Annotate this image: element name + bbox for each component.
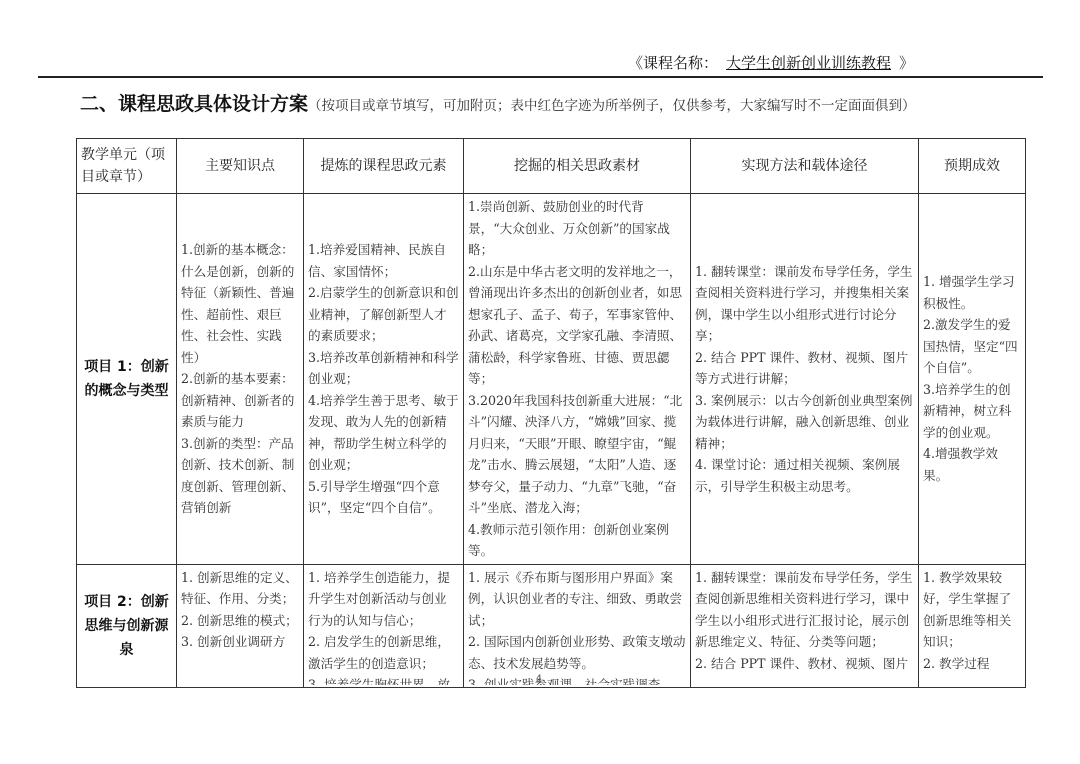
outcomes-item: 3.培养学生的创新精神，树立科学的创业观。 — [923, 379, 1021, 444]
elements-item: 2.启蒙学生的创新意识和创业精神，了解创新型人才的素质要求； — [308, 282, 459, 347]
elements-item: 3.培养改革创新精神和科学创业观； — [308, 347, 459, 390]
section-heading: 二、课程思政具体设计方案（按项目或章节填写，可加附页；表中红色字迹为所举例子，仅… — [80, 89, 916, 116]
elements-cell: 1.培养爱国精神、民族自信、家国情怀；2.启蒙学生的创新意识和创业精神，了解创新… — [304, 194, 464, 565]
design-plan-table: 教学单元（项目或章节） 主要知识点 提炼的课程思政元素 挖掘的相关思政素材 实现… — [76, 138, 1026, 688]
knowledge-item: 1.创新的基本概念：什么是创新，创新的特征（新颖性、普遍性、超前性、艰巨性、社会… — [181, 239, 299, 368]
materials-item: 1.崇尚创新、鼓励创业的时代背景，“大众创业、万众创新”的国家战略； — [468, 196, 686, 261]
materials-item: 4.教师示范引领作用：创新创业案例等。 — [468, 519, 686, 562]
elements-cell: 1. 培养学生创造能力，提升学生对创新活动与创业行为的认知与信心；2. 启发学生… — [304, 564, 464, 687]
knowledge-item: 2. 创新思维的模式； — [181, 610, 299, 632]
methods-cell: 1. 翻转课堂：课前发布导学任务，学生查阅相关资料进行学习，并搜集相关案例，课中… — [691, 194, 919, 565]
col-header-elements: 提炼的课程思政元素 — [304, 139, 464, 194]
header-rule — [38, 76, 1043, 78]
outcomes-cell: 1. 教学效果较好，学生掌握了创新思维等相关知识；2. 教学过程 — [919, 564, 1026, 687]
methods-item: 2. 结合 PPT 课件、教材、视频、图片 — [695, 653, 914, 675]
section-note: （按项目或章节填写，可加附页；表中红色字迹为所举例子，仅供参考，大家编写时不一定… — [308, 98, 916, 114]
methods-item: 3. 案例展示：以古今创新创业典型案例为载体进行讲解，融入创新思维、创业精神； — [695, 390, 914, 455]
knowledge-cell: 1.创新的基本概念：什么是创新，创新的特征（新颖性、普遍性、超前性、艰巨性、社会… — [177, 194, 304, 565]
methods-item: 1. 翻转课堂：课前发布导学任务，学生查阅创新思维相关资料进行学习，课中学生以小… — [695, 567, 914, 653]
course-close: 》 — [899, 54, 914, 72]
knowledge-item: 3.创新的类型：产品创新、技术创新、制度创新、管理创新、营销创新 — [181, 433, 299, 519]
table-row: 项目 1：创新的概念与类型1.创新的基本概念：什么是创新，创新的特征（新颖性、普… — [77, 194, 1026, 565]
knowledge-item: 2.创新的基本要素：创新精神、创新者的素质与能力 — [181, 368, 299, 433]
elements-item: 4.培养学生善于思考、敏于发现、敢为人先的创新精神，帮助学生树立科学的创业观； — [308, 390, 459, 476]
elements-item: 2. 启发学生的创新思维，激活学生的创造意识； — [308, 631, 459, 674]
materials-item: 1. 展示《乔布斯与图形用户界面》案例，认识创业者的专注、细致、勇敢尝试； — [468, 567, 686, 632]
methods-cell: 1. 翻转课堂：课前发布导学任务，学生查阅创新思维相关资料进行学习，课中学生以小… — [691, 564, 919, 687]
unit-cell: 项目 1：创新的概念与类型 — [77, 194, 177, 565]
outcomes-item: 1. 增强学生学习积极性。 — [923, 271, 1021, 314]
materials-item: 2. 国际国内创新创业形势、政策支墩动态、技术发展趋势等。 — [468, 631, 686, 674]
materials-item: 2.山东是中华古老文明的发祥地之一，曾涌现出许多杰出的创新创业者，如思想家孔子、… — [468, 261, 686, 390]
materials-cell: 1.崇尚创新、鼓励创业的时代背景，“大众创业、万众创新”的国家战略；2.山东是中… — [464, 194, 691, 565]
knowledge-cell: 1. 创新思维的定义、特征、作用、分类；2. 创新思维的模式；3. 创新创业调研… — [177, 564, 304, 687]
methods-item: 2. 结合 PPT 课件、教材、视频、图片等方式进行讲解； — [695, 347, 914, 390]
col-header-knowledge: 主要知识点 — [177, 139, 304, 194]
table-row: 项目 2：创新思维与创新源泉1. 创新思维的定义、特征、作用、分类；2. 创新思… — [77, 564, 1026, 687]
outcomes-cell: 1. 增强学生学习积极性。2.激发学生的爱国热情，坚定“四个自信”。3.培养学生… — [919, 194, 1026, 565]
col-header-methods: 实现方法和载体途径 — [691, 139, 919, 194]
elements-item: 1.培养爱国精神、民族自信、家国情怀； — [308, 239, 459, 282]
materials-item: 3. 创业实践参观课、社会实践调查 — [468, 674, 686, 685]
outcomes-item: 4.增强教学效果。 — [923, 443, 1021, 486]
knowledge-item: 1. 创新思维的定义、特征、作用、分类； — [181, 567, 299, 610]
outcomes-item: 2.激发学生的爱国热情，坚定“四个自信”。 — [923, 314, 1021, 379]
course-name: 大学生创新创业训练教程 — [718, 54, 899, 72]
knowledge-item: 3. 创新创业调研方 — [181, 631, 299, 653]
outcomes-item: 2. 教学过程 — [923, 653, 1021, 675]
page-number: 4 — [536, 674, 542, 684]
section-title: 二、课程思政具体设计方案 — [80, 93, 308, 115]
unit-cell: 项目 2：创新思维与创新源泉 — [77, 564, 177, 687]
methods-item: 4. 课堂讨论：通过相关视频、案例展示，引导学生积极主动思考。 — [695, 454, 914, 497]
elements-item: 5.引导学生增强“四个意识”，坚定“四个自信”。 — [308, 476, 459, 519]
col-header-materials: 挖掘的相关思政素材 — [464, 139, 691, 194]
table-header-row: 教学单元（项目或章节） 主要知识点 提炼的课程思政元素 挖掘的相关思政素材 实现… — [77, 139, 1026, 194]
course-name-header: 《课程名称：大学生创新创业训练教程》 — [628, 52, 914, 73]
col-header-outcomes: 预期成效 — [919, 139, 1026, 194]
elements-item: 3. 培养学生胸怀世界、放 — [308, 674, 459, 685]
course-label: 《课程名称： — [628, 54, 718, 72]
outcomes-item: 1. 教学效果较好，学生掌握了创新思维等相关知识； — [923, 567, 1021, 653]
materials-item: 3.2020年我国科技创新重大进展：“北斗”闪耀、泱泽八方，“嫦娥”回家、揽月归… — [468, 390, 686, 519]
col-header-unit: 教学单元（项目或章节） — [77, 139, 177, 194]
methods-item: 1. 翻转课堂：课前发布导学任务，学生查阅相关资料进行学习，并搜集相关案例，课中… — [695, 261, 914, 347]
elements-item: 1. 培养学生创造能力，提升学生对创新活动与创业行为的认知与信心； — [308, 567, 459, 632]
materials-cell: 1. 展示《乔布斯与图形用户界面》案例，认识创业者的专注、细致、勇敢尝试；2. … — [464, 564, 691, 687]
